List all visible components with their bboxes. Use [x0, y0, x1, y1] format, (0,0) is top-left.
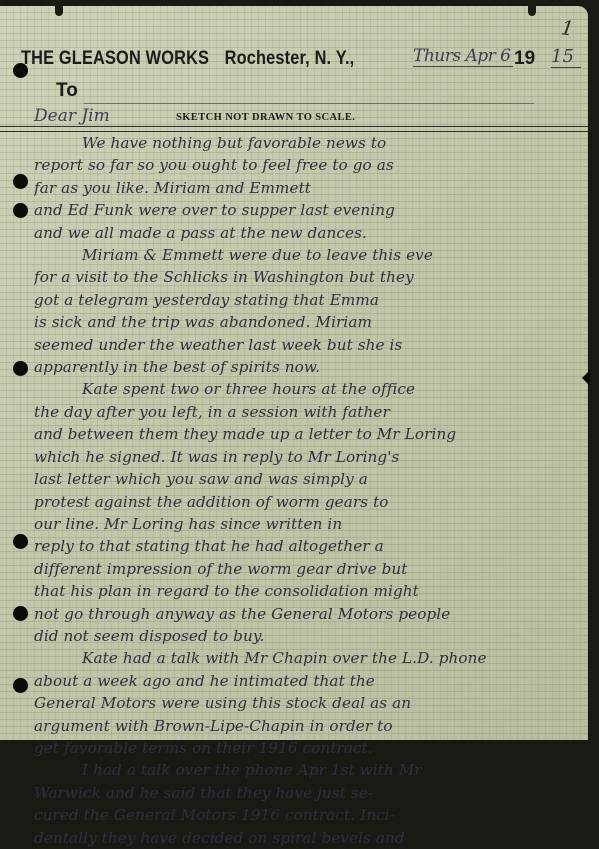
letter-body: We have nothing but favorable news torep… [34, 132, 589, 740]
handwritten-line: different impression of the worm gear dr… [34, 558, 589, 580]
company-name: THE GLEASON WORKS [21, 48, 209, 69]
handwritten-line: got a telegram yesterday stating that Em… [34, 289, 589, 311]
handwritten-line: reply to that stating that he had altoge… [34, 535, 589, 557]
handwritten-line: and between them they made up a letter t… [34, 423, 589, 445]
sketch-note: SKETCH NOT DRAWN TO SCALE. [176, 112, 355, 123]
handwritten-line: Kate had a talk with Mr Chapin over the … [34, 647, 589, 669]
punch-hole [13, 174, 28, 189]
punch-hole [13, 678, 28, 693]
year-printed: 19 [514, 48, 535, 70]
page-number: 1 [559, 15, 575, 41]
handwritten-line: that his plan in regard to the consolida… [34, 580, 589, 602]
letterhead-city: Rochester, N. Y., [225, 48, 355, 69]
handwritten-line: seemed under the weather last week but s… [34, 334, 589, 356]
handwritten-line: and Ed Funk were over to supper last eve… [34, 199, 589, 221]
to-label: To [56, 80, 78, 102]
handwritten-line: Kate spent two or three hours at the off… [34, 378, 589, 400]
paper-notch [528, 6, 536, 16]
handwritten-line: last letter which you saw and was simply… [34, 468, 589, 490]
punch-hole [13, 361, 28, 376]
punch-hole [13, 606, 28, 621]
handwritten-line: did not seem disposed to buy. [34, 625, 589, 647]
handwritten-line: for a visit to the Schlicks in Washingto… [34, 266, 589, 288]
punch-hole [13, 534, 28, 549]
letter-sheet: 1 THE GLEASON WORKSRochester, N. Y., Thu… [0, 6, 588, 740]
handwritten-line: argument with Brown-Lipe-Chapin in order… [34, 715, 589, 737]
handwritten-line: and we all made a pass at the new dances… [34, 222, 589, 244]
handwritten-line: protest against the addition of worm gea… [34, 491, 589, 513]
handwritten-line: General Motors were using this stock dea… [34, 692, 589, 714]
handwritten-date: Thurs Apr 6 [413, 46, 513, 67]
handwritten-line: Miriam & Emmett were due to leave this e… [34, 244, 589, 266]
handwritten-line: apparently in the best of spirits now. [34, 356, 589, 378]
handwritten-line: the day after you left, in a session wit… [34, 401, 589, 423]
handwritten-line: our line. Mr Loring has since written in [34, 513, 589, 535]
to-line [84, 103, 534, 104]
handwritten-line: We have nothing but favorable news to [34, 132, 589, 154]
handwritten-line: about a week ago and he intimated that t… [34, 670, 589, 692]
handwritten-line: far as you like. Miriam and Emmett [34, 177, 589, 199]
letterhead: THE GLEASON WORKSRochester, N. Y., [21, 48, 354, 70]
punch-hole [13, 203, 28, 218]
salutation: Dear Jim [34, 106, 110, 126]
handwritten-line: report so far so you ought to feel free … [34, 154, 589, 176]
handwritten-line: not go through anyway as the General Mot… [34, 603, 589, 625]
handwritten-line: which he signed. It was in reply to Mr L… [34, 446, 589, 468]
year-handwritten: 15 [551, 46, 581, 68]
paper-notch [55, 6, 63, 16]
handwritten-line: is sick and the trip was abandoned. Miri… [34, 311, 589, 333]
